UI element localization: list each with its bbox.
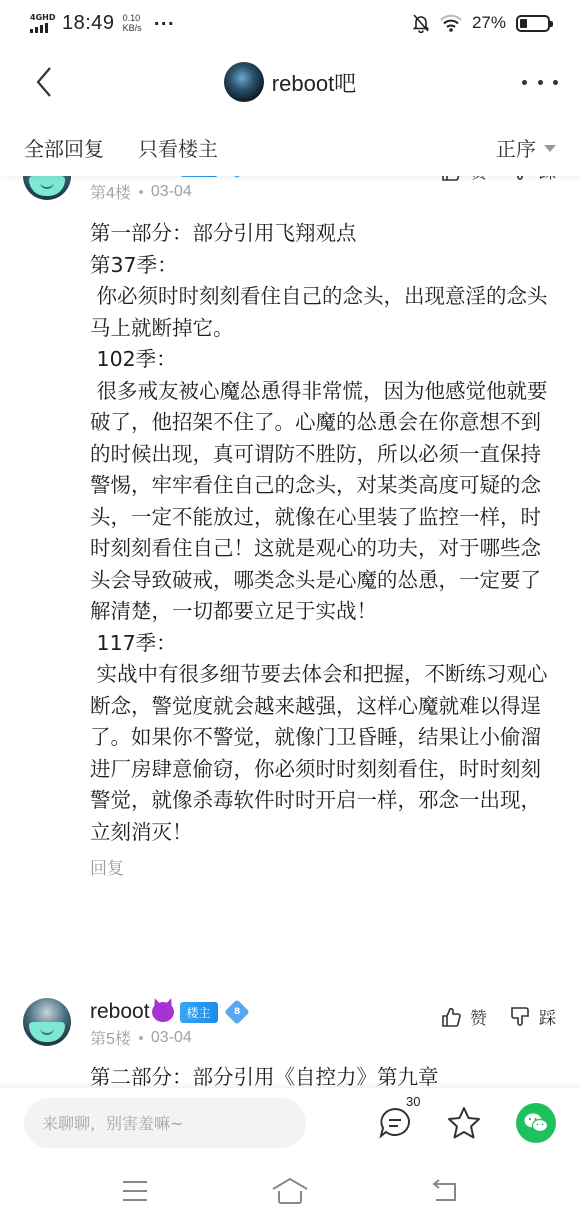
filter-bar: 全部回复 只看楼主 正序: [0, 118, 580, 176]
comment-count: 30: [406, 1094, 420, 1109]
like-button[interactable]: 赞: [440, 1004, 487, 1029]
battery-icon: [516, 15, 550, 32]
home-icon[interactable]: [271, 1177, 309, 1205]
network-type: 4GHD: [30, 14, 55, 22]
post-meta: 第4楼 03-04: [90, 180, 192, 203]
status-bar: 4GHD 18:49 0.10 KB/s ··· 27%: [0, 0, 580, 46]
wechat-share-button[interactable]: [516, 1103, 556, 1143]
paragraph: 117季：: [90, 628, 550, 660]
devil-emoji-icon: [152, 1002, 174, 1022]
battery-percent: 27%: [472, 13, 506, 33]
nav-header: reboot吧: [0, 46, 580, 118]
paragraph: 第二部分：部分引用《自控力》第九章: [90, 1062, 550, 1088]
forum-name: reboot吧: [272, 67, 356, 98]
thumbs-down-icon: [509, 1006, 531, 1028]
post-item: reboot 楼主 8 第4楼 03-04 赞 踩: [0, 160, 580, 879]
post-list[interactable]: reboot 楼主 8 第4楼 03-04 赞 踩: [0, 160, 580, 1088]
paragraph: 你必须时时刻刻看住自己的念头，出现意淫的念头马上就断掉它。: [90, 281, 550, 344]
dislike-label: 踩: [539, 1004, 556, 1029]
tab-only-op[interactable]: 只看楼主: [138, 133, 218, 162]
speed-unit: KB/s: [123, 23, 142, 33]
post-date: 03-04: [151, 183, 192, 201]
more-options-button[interactable]: [522, 70, 558, 94]
clock: 18:49: [62, 12, 115, 35]
post-item: reboot 楼主 8 第5楼 03-04 赞 踩: [0, 998, 580, 1088]
post-content: 第一部分：部分引用飞翔观点 第37季： 你必须时时刻刻看住自己的念头，出现意淫的…: [0, 218, 580, 848]
wechat-icon: [523, 1112, 549, 1134]
dislike-button[interactable]: 踩: [509, 1004, 556, 1029]
speed-value: 0.10: [123, 13, 142, 23]
post-meta: 第5楼 03-04: [90, 1026, 192, 1049]
separator-dot: [139, 190, 143, 194]
forum-title[interactable]: reboot吧: [224, 62, 356, 102]
separator-dot: [139, 1036, 143, 1040]
sort-button[interactable]: 正序: [496, 133, 556, 162]
level-badge: 8: [224, 999, 249, 1024]
avatar[interactable]: [23, 998, 71, 1046]
bottom-action-bar: 30: [0, 1088, 580, 1158]
paragraph: 实战中有很多细节要去体会和把握，不断练习观心断念，警觉度就会越来越强，这样心魔就…: [90, 659, 550, 848]
paragraph: 第37季：: [90, 250, 550, 282]
paragraph: 第一部分：部分引用飞翔观点: [90, 218, 550, 250]
comment-icon: [378, 1106, 412, 1140]
notification-more-icon: ···: [154, 14, 175, 33]
mute-bell-icon: [412, 13, 430, 33]
comments-button[interactable]: 30: [378, 1106, 412, 1140]
floor-number: 第5楼: [90, 1026, 131, 1049]
network-speed: 0.10 KB/s: [123, 13, 142, 33]
thumbs-up-icon: [440, 1006, 462, 1028]
like-label: 赞: [470, 1004, 487, 1029]
post-content: 第二部分：部分引用《自控力》第九章: [0, 1062, 580, 1088]
back-icon[interactable]: [431, 1178, 459, 1204]
forum-logo: [224, 62, 264, 102]
owner-badge: 楼主: [180, 1002, 218, 1023]
floor-number: 第4楼: [90, 180, 131, 203]
paragraph: 102季：: [90, 344, 550, 376]
wifi-icon: [440, 14, 462, 32]
caret-down-icon: [544, 145, 556, 152]
star-icon[interactable]: [446, 1106, 482, 1140]
level-number: 8: [233, 1007, 239, 1017]
paragraph: 很多戒友被心魔怂恿得非常慌，因为他感觉他就要破了，他招架不住了。心魔的怂恿会在你…: [90, 376, 550, 628]
more-dots-icon: [522, 80, 527, 85]
reply-link[interactable]: 回复: [90, 854, 124, 879]
chevron-left-icon: [30, 64, 60, 100]
sort-label: 正序: [496, 133, 536, 162]
tab-all-replies[interactable]: 全部回复: [24, 133, 104, 162]
system-navigation-bar: [0, 1158, 580, 1224]
signal-icon: 4GHD: [30, 14, 56, 33]
username[interactable]: reboot: [90, 1000, 150, 1024]
post-date: 03-04: [151, 1029, 192, 1047]
menu-icon[interactable]: [121, 1179, 149, 1203]
reply-input[interactable]: [24, 1098, 306, 1148]
back-button[interactable]: [30, 64, 60, 100]
